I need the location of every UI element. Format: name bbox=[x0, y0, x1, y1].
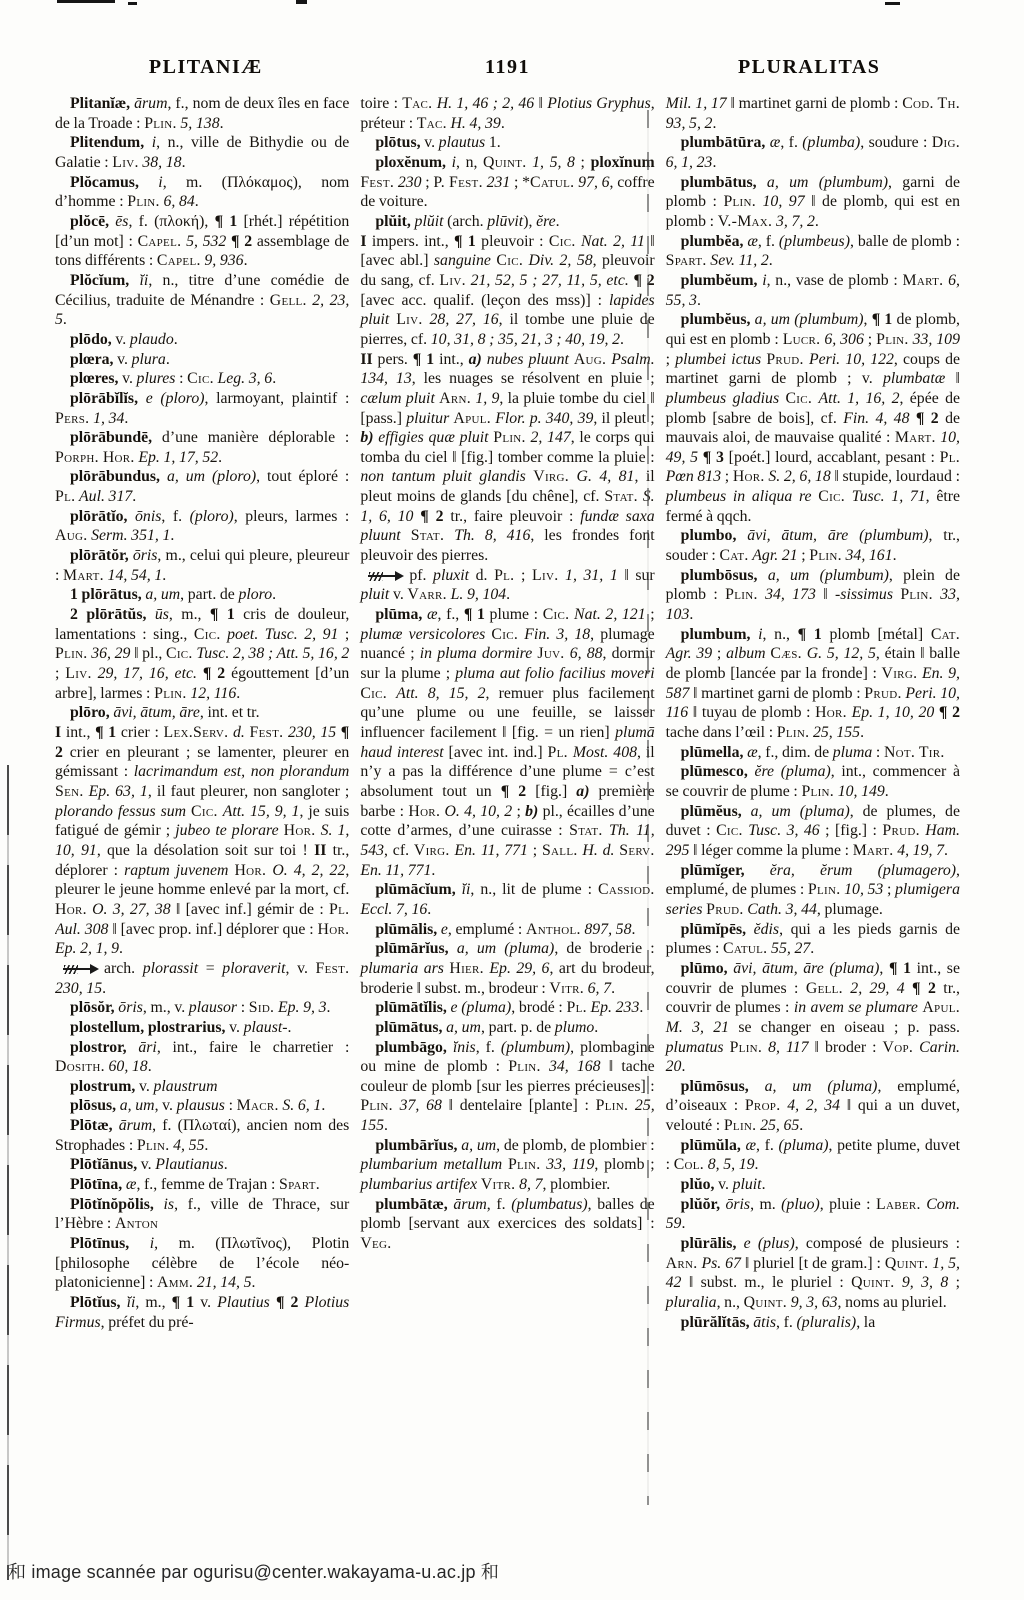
text-run: Plin. bbox=[508, 1058, 541, 1075]
text-run: plumbātæ, bbox=[375, 1196, 447, 1213]
dictionary-entry-paragraph: plūmācĭum, ĭi, n., lit de plume : Cassio… bbox=[360, 880, 654, 919]
text-run: 34, 161 bbox=[846, 547, 893, 564]
dictionary-entry-paragraph: plūmātus, a, um, part. p. de plumo. bbox=[360, 1018, 654, 1038]
text-run: 8, 5, 19 bbox=[708, 1156, 755, 1173]
text-run: 33, 109 bbox=[913, 331, 960, 348]
text-run: Cat. bbox=[719, 547, 748, 564]
text-run: Lucr. bbox=[783, 331, 821, 348]
text-run: ¶ 1 bbox=[95, 724, 116, 741]
text-run: Fin. 3, 18 bbox=[524, 626, 590, 643]
text-run: 12, 116 bbox=[190, 685, 236, 702]
text-run: 55, 27 bbox=[771, 940, 810, 957]
text-run: e bbox=[441, 921, 448, 938]
text-run: 230, 15 bbox=[288, 724, 336, 741]
text-run: plorando fessus sum bbox=[55, 803, 186, 820]
text-run: Dig. bbox=[932, 134, 960, 151]
text-run: H. 1, 46 ; 2, 46 bbox=[437, 95, 534, 112]
text-run: plumbei ictus bbox=[675, 351, 761, 368]
text-run: Quint. bbox=[483, 154, 526, 171]
text-run: ¶ 1 bbox=[889, 960, 911, 977]
text-run: 34, 173 bbox=[765, 586, 816, 603]
dictionary-entry-paragraph: plumbĕus, a, um (plumbum), ¶ 1 de plomb,… bbox=[666, 310, 960, 526]
text-run: Vitr. bbox=[549, 980, 584, 997]
text-run: 25, 155 bbox=[813, 724, 860, 741]
text-run: 4, 2, 34 bbox=[787, 1097, 840, 1114]
text-run: ¶ 1 bbox=[872, 311, 893, 328]
text-run: Gell. bbox=[270, 292, 307, 309]
text-run: pluralia bbox=[666, 1294, 717, 1311]
text-run: Fest. bbox=[316, 960, 350, 977]
text-run: album bbox=[726, 645, 766, 662]
text-run: æ bbox=[745, 1137, 756, 1154]
text-run: Prop. bbox=[745, 1097, 781, 1114]
text-run: Nat. 2, 121 bbox=[574, 606, 646, 623]
text-run: ¶ 1 bbox=[464, 606, 485, 623]
text-run: 6, 88 bbox=[570, 645, 603, 662]
text-run: Hor. bbox=[815, 704, 847, 721]
text-run: pluitur bbox=[406, 410, 449, 427]
text-run: Plōtīna, bbox=[70, 1176, 122, 1193]
text-run: plūmārĭus, bbox=[375, 940, 448, 957]
text-run: Plin. bbox=[809, 547, 842, 564]
dictionary-entry-paragraph: plōsŏr, ōris, m., v. plausor : Sid. Ep. … bbox=[55, 998, 349, 1018]
text-run: in avem se plumare bbox=[794, 999, 918, 1016]
text-run: Cic. bbox=[491, 626, 518, 643]
text-run: plumbĕa, bbox=[681, 233, 744, 250]
text-run: Hor. bbox=[284, 822, 316, 839]
text-run: Gell. bbox=[806, 980, 843, 997]
text-run: plōdo, bbox=[70, 331, 112, 348]
text-run: plostror, bbox=[70, 1039, 127, 1056]
text-run: plura bbox=[132, 351, 166, 368]
text-run: Fest. bbox=[360, 174, 394, 191]
text-run: æ bbox=[747, 233, 758, 250]
text-run: Plin. bbox=[725, 586, 758, 603]
dictionary-entry-paragraph: plœres, v. plures : Cic. Leg. 3, 6. bbox=[55, 369, 349, 389]
text-run: Mart. bbox=[903, 272, 944, 289]
dictionary-entry-paragraph: I int., ¶ 1 crier : Lex.Serv. d. Fest. 2… bbox=[55, 723, 349, 959]
text-run: (ploro) bbox=[190, 508, 234, 525]
text-run: 1, 31, 1 bbox=[565, 567, 618, 584]
text-run: Veg. bbox=[360, 1235, 391, 1252]
text-run: a, um (pluma) bbox=[457, 940, 555, 957]
text-run: Anthol. bbox=[526, 921, 581, 938]
text-run: Plin. bbox=[876, 331, 909, 348]
dictionary-remark: arch. plorassit = ploraverit, v. Fest. 2… bbox=[55, 959, 349, 998]
text-run: O. 4, 10, 2 bbox=[444, 803, 512, 820]
text-run: i bbox=[762, 272, 766, 289]
text-run: b) bbox=[525, 803, 538, 820]
dictionary-entry-paragraph: Plitanĭæ, ārum, f., nom de deux îles en … bbox=[55, 94, 349, 133]
text-run: plōrātŏr, bbox=[70, 547, 129, 564]
text-run: En. 11, 771 bbox=[455, 842, 528, 859]
dictionary-entry-paragraph: plōrābundus, a, um (ploro), tout éploré … bbox=[55, 467, 349, 506]
dictionary-entry-paragraph: plūmĕus, a, um (pluma), de plumes, de du… bbox=[666, 802, 960, 861]
text-run: a, um bbox=[120, 1097, 155, 1114]
text-run: Plōtĭnŏpŏlis, bbox=[70, 1196, 154, 1213]
text-run: (plumba) bbox=[802, 134, 860, 151]
text-run: pluit bbox=[733, 1176, 762, 1193]
text-run: plŭit, bbox=[375, 213, 411, 230]
dictionary-entry-paragraph: plūrālis, e (plus), composé de plusieurs… bbox=[666, 1234, 960, 1313]
dictionary-entry-paragraph: Plŏcĭum, ĭi, n., titre d’une comédie de … bbox=[55, 271, 349, 330]
scan-edge-line bbox=[7, 765, 9, 1580]
text-run: plūmālis, bbox=[375, 921, 437, 938]
text-run: ōris bbox=[118, 999, 143, 1016]
text-run: 21, 52, 5 ; 27, 11, 5, etc. bbox=[471, 272, 629, 289]
text-run: Hor. bbox=[733, 468, 765, 485]
text-run: Stat. bbox=[604, 488, 638, 505]
text-run: 6, 84 bbox=[163, 193, 194, 210]
text-run: plūma, bbox=[375, 606, 422, 623]
text-run: S. 2, 6, 18 bbox=[768, 468, 830, 485]
dictionary-entry-paragraph: plōrātĭo, ōnis, f. (ploro), pleurs, larm… bbox=[55, 507, 349, 546]
text-run: Virg. bbox=[882, 665, 918, 682]
page-number: 1191 bbox=[357, 56, 659, 79]
dictionary-entry-paragraph: plumbāgo, ĭnis, f. (plumbum), plombagine… bbox=[360, 1038, 654, 1136]
text-run: Tusc. 2, 38 ; Att. 5, 16, 2 bbox=[196, 645, 349, 662]
text-run: Plin. bbox=[900, 586, 933, 603]
text-run: 5, 138 bbox=[180, 115, 219, 132]
text-run: plumbātus, bbox=[681, 174, 757, 191]
text-run: ēs bbox=[115, 213, 128, 230]
text-run: Plin. bbox=[493, 429, 526, 446]
text-run: Juv. bbox=[537, 645, 564, 662]
text-run: ¶ 2 bbox=[231, 233, 252, 250]
dictionary-entry-paragraph: plŭit, plŭit (arch. plūvit), ĕre. bbox=[360, 212, 654, 232]
text-run: Sall. bbox=[542, 842, 578, 859]
text-run: Virg. bbox=[414, 842, 450, 859]
text-run: āvi, ātum, āre bbox=[113, 704, 200, 721]
text-run: II bbox=[314, 842, 326, 859]
text-run: Cath. 3, 44 bbox=[747, 901, 817, 918]
text-run: nubes pluunt bbox=[487, 351, 569, 368]
text-run: Pl. bbox=[494, 567, 514, 584]
text-run: Hier. bbox=[449, 960, 484, 977]
text-run: ōnis bbox=[135, 508, 161, 525]
text-run: Vop. bbox=[883, 1039, 914, 1056]
scan-gutter-line bbox=[647, 110, 649, 1505]
text-run: 6, 1, 23 bbox=[666, 154, 713, 171]
text-run: plōrābundus, bbox=[70, 468, 160, 485]
page-header: PLITANIÆ 1191 PLURALITAS bbox=[55, 56, 960, 79]
text-run: Nat. 2, 11 bbox=[581, 233, 645, 250]
text-run: Not. Tir. bbox=[884, 744, 945, 761]
text-run: Dosith. bbox=[55, 1058, 105, 1075]
text-run: Cic. bbox=[194, 626, 221, 643]
text-run: G. 4, 81 bbox=[577, 468, 635, 485]
text-run: ¶ 1 bbox=[454, 233, 476, 250]
text-run: ploro bbox=[238, 586, 272, 603]
text-run: Laber. bbox=[876, 1196, 921, 1213]
text-run: Amm. bbox=[157, 1274, 193, 1291]
text-run: Plōtīnus, bbox=[70, 1235, 129, 1252]
text-run: a, um (plumbum) bbox=[755, 311, 864, 328]
text-run: plūmōsus, bbox=[681, 1078, 749, 1095]
dictionary-entry-paragraph: plūmārĭus, a, um (pluma), de broderie : … bbox=[360, 939, 654, 998]
text-run: O. 3, 27, 38 bbox=[92, 901, 171, 918]
text-run: Serv. bbox=[619, 842, 654, 859]
dictionary-entry-paragraph: plŭo, v. pluit. bbox=[666, 1175, 960, 1195]
text-run: Cic. bbox=[187, 370, 214, 387]
text-run: 37, 68 bbox=[400, 1097, 442, 1114]
text-run: H. 4, 39 bbox=[451, 115, 501, 132]
text-run: L. 9, 104 bbox=[451, 586, 507, 603]
text-run: 1 plōrātus, bbox=[70, 586, 142, 603]
text-run: ĕra, ĕrum (plumagero) bbox=[770, 862, 956, 879]
dictionary-entry-paragraph: 2 plōrātŭs, ūs, m., ¶ 1 cris de douleur,… bbox=[55, 605, 349, 703]
text-run: æ bbox=[770, 134, 781, 151]
text-run: Liv. bbox=[532, 567, 558, 584]
text-run: plumatus bbox=[666, 1039, 724, 1056]
text-run: plūmĭpēs, bbox=[681, 921, 746, 938]
text-run: Plin. bbox=[137, 1137, 170, 1154]
text-run: ĕre bbox=[536, 213, 556, 230]
dictionary-entry-paragraph: plumbĕum, i, n., vase de plomb : Mart. 6… bbox=[666, 271, 960, 310]
dictionary-entry-paragraph: plōsus, a, um, v. plausus : Macr. S. 6, … bbox=[55, 1096, 349, 1116]
text-run: Plin. bbox=[723, 193, 756, 210]
text-run: Sev. 11, 2 bbox=[710, 252, 768, 269]
text-run: Cæs. bbox=[770, 645, 802, 662]
text-run: plaustrum bbox=[154, 1078, 218, 1095]
dictionary-entry-paragraph: Plōtīna, æ, f., femme de Trajan : Spart. bbox=[55, 1175, 349, 1195]
text-run: Lex.Serv. bbox=[164, 724, 229, 741]
text-run: ārum bbox=[119, 1117, 152, 1134]
text-run: is bbox=[164, 1196, 175, 1213]
text-run: plūmĕus, bbox=[681, 803, 742, 820]
text-run: e (plus) bbox=[744, 1235, 795, 1252]
text-run: Arn. bbox=[666, 1255, 698, 1272]
text-run: Plin. bbox=[801, 783, 834, 800]
text-run: Quint. bbox=[885, 1255, 928, 1272]
text-run: 10, 149 bbox=[838, 783, 885, 800]
text-run: e (ploro) bbox=[146, 390, 205, 407]
text-run: Macr. bbox=[237, 1097, 279, 1114]
text-run: i bbox=[158, 174, 162, 191]
text-run: ōris bbox=[133, 547, 158, 564]
text-run: 10, 97 bbox=[763, 193, 805, 210]
text-run: Catul. bbox=[723, 940, 767, 957]
dictionary-entry-paragraph: plūrălĭtās, ātis, f. (pluralis), la bbox=[666, 1313, 960, 1333]
dictionary-entry-paragraph: plumbo, āvi, ātum, āre (plumbum), tr., s… bbox=[666, 526, 960, 565]
text-run: ¶ 2 bbox=[916, 410, 939, 427]
scan-speck bbox=[128, 2, 137, 5]
text-run: plūmātĭlis, bbox=[375, 999, 447, 1016]
text-run: Att. 15, 9, 1 bbox=[223, 803, 300, 820]
dictionary-entry-paragraph: plūmŭla, æ, f. (pluma), petite plume, du… bbox=[666, 1136, 960, 1175]
text-run: i bbox=[152, 134, 156, 151]
text-run: 231 bbox=[487, 174, 511, 191]
dictionary-entry-paragraph: plumbĕa, æ, f. (plumbeus), balle de plom… bbox=[666, 232, 960, 271]
header-right-keyword: PLURALITAS bbox=[658, 56, 960, 79]
text-run: Cic. bbox=[818, 488, 845, 505]
text-run: plōrābĭlĭs, bbox=[70, 390, 138, 407]
text-run: plœra, bbox=[70, 351, 113, 368]
text-run: Plōtæ, bbox=[70, 1117, 113, 1134]
text-run: plœres, bbox=[70, 370, 118, 387]
text-run: plūrālis, bbox=[681, 1235, 737, 1252]
text-run: Cic. bbox=[191, 803, 218, 820]
text-run: plumbĕus, bbox=[681, 311, 751, 328]
dictionary-entry-paragraph: plōrābĭlĭs, e (ploro), larmoyant, plaint… bbox=[55, 389, 349, 428]
remark-arrow-icon bbox=[63, 964, 99, 975]
scan-speck bbox=[296, 0, 307, 4]
text-run: 230 bbox=[398, 174, 422, 191]
text-run: plūrălĭtās, bbox=[681, 1314, 750, 1331]
text-run: ¶ 1 bbox=[215, 213, 238, 230]
text-run: āri bbox=[138, 1039, 156, 1056]
text-run: plures bbox=[137, 370, 176, 387]
column-1: Plitanĭæ, ārum, f., nom de deux îles en … bbox=[55, 94, 349, 1550]
text-run: Sid. bbox=[249, 999, 275, 1016]
text-run: plumbĕum, bbox=[681, 272, 758, 289]
text-run: Plŏcamus, bbox=[70, 174, 139, 191]
text-run: ātis bbox=[753, 1314, 776, 1331]
text-run: 14, 54, 1 bbox=[108, 567, 163, 584]
text-run: Fin. 4, 48 bbox=[843, 410, 909, 427]
text-run: non tantum pluit glandis bbox=[360, 468, 525, 485]
text-run: 97, 6 bbox=[578, 174, 609, 191]
text-run: Hor. bbox=[318, 921, 350, 938]
text-run: Pl. bbox=[548, 744, 568, 761]
text-run: Prud. bbox=[766, 351, 803, 368]
text-run: Cic. bbox=[496, 252, 523, 269]
text-run: a) bbox=[576, 783, 589, 800]
text-run: Plin. bbox=[127, 193, 160, 210]
text-run: ĭi bbox=[140, 272, 149, 289]
text-run: Aul. 308 bbox=[55, 921, 108, 938]
text-run: Plin. bbox=[808, 881, 841, 898]
text-run: Pl. bbox=[55, 488, 75, 505]
dictionary-entry-paragraph: plūmātĭlis, e (pluma), brodé : Pl. Ep. 2… bbox=[360, 998, 654, 1018]
text-run: ūs bbox=[155, 606, 169, 623]
text-run: āvi, ātum, āre (plumbum) bbox=[747, 527, 928, 544]
text-run: ¶ 1 bbox=[798, 626, 822, 643]
dictionary-entry-paragraph: II pers. ¶ 1 int., a) nubes pluunt Aug. … bbox=[360, 350, 654, 566]
text-run: ¶ 2 bbox=[420, 508, 443, 525]
text-run: Varr. bbox=[407, 586, 446, 603]
text-run: pluma bbox=[833, 744, 873, 761]
text-run: 29, 17, 16, etc. bbox=[98, 665, 197, 682]
text-run: Ep. 63, 1 bbox=[89, 783, 148, 800]
text-run: Aul. 317 bbox=[79, 488, 132, 505]
text-run: in pluma dormire bbox=[420, 645, 532, 662]
text-run: Mart. bbox=[63, 567, 104, 584]
text-run: plŏcē, bbox=[70, 213, 109, 230]
text-run: Liv. bbox=[65, 665, 91, 682]
text-run: Spart. bbox=[279, 1176, 320, 1193]
text-run: Ep. 233 bbox=[591, 999, 640, 1016]
text-run: Plin. bbox=[724, 1117, 757, 1134]
dictionary-entry-paragraph: plumbōsus, a, um (plumbum), plein de plo… bbox=[666, 566, 960, 625]
text-run: I bbox=[55, 724, 61, 741]
text-run: Mil. 1, 17 bbox=[666, 95, 727, 112]
dictionary-entry-paragraph: plōrātŏr, ōris, m., celui qui pleure, pl… bbox=[55, 546, 349, 585]
text-columns: Plitanĭæ, ārum, f., nom de deux îles en … bbox=[55, 94, 960, 1550]
text-run: 10, 31, 8 ; 35, 21, 3 ; 40, 19, 2 bbox=[431, 331, 620, 348]
text-run: ārum bbox=[134, 95, 167, 112]
text-run: 2, 147 bbox=[531, 429, 571, 446]
text-run: a, um bbox=[461, 1137, 496, 1154]
text-run: (pluo) bbox=[781, 1196, 820, 1213]
text-run: ¶ 3 bbox=[703, 449, 724, 466]
text-run: æ bbox=[126, 1176, 137, 1193]
text-run: ploxĕnum, bbox=[375, 154, 446, 171]
text-run: Pœn 813 bbox=[666, 468, 721, 485]
text-run: 33, 119 bbox=[546, 1156, 594, 1173]
dictionary-entry-paragraph: I impers. int., ¶ 1 pleuvoir : Cic. Nat.… bbox=[360, 232, 654, 350]
text-run: pluma aut folio facilius moveri bbox=[455, 665, 654, 682]
text-run: 9, 936 bbox=[204, 252, 243, 269]
text-run: (pluralis) bbox=[797, 1314, 857, 1331]
text-run: plumaria ars bbox=[360, 960, 444, 977]
text-run: ĕre (pluma) bbox=[754, 763, 830, 780]
dictionary-entry-paragraph: Plōtĭnŏpŏlis, is, f., ville de Thrace, s… bbox=[55, 1195, 349, 1234]
dictionary-entry-paragraph: Plōtæ, ārum, f. (Πλωταί), ancien nom des… bbox=[55, 1116, 349, 1155]
text-run: Quint. bbox=[744, 1294, 787, 1311]
text-run: 4, 55 bbox=[173, 1137, 204, 1154]
text-run: 60, 18 bbox=[109, 1058, 148, 1075]
header-left-keyword: PLITANIÆ bbox=[55, 56, 357, 79]
text-run: ĭnis bbox=[453, 1039, 476, 1056]
text-run: Serm. 351, 1 bbox=[91, 527, 170, 544]
text-run: Porph. Hor. bbox=[55, 449, 135, 466]
text-run: Anton bbox=[115, 1215, 158, 1232]
text-run: (pluma) bbox=[778, 1137, 828, 1154]
text-run: Quint. bbox=[851, 1274, 894, 1291]
dictionary-entry-paragraph: plūmĭpēs, ĕdis, qui a les pieds garnis d… bbox=[666, 920, 960, 959]
text-run: plumbum, bbox=[681, 626, 751, 643]
text-run: ploxĭnum bbox=[591, 154, 655, 171]
text-run: Pers. bbox=[55, 410, 89, 427]
text-run: plōsŏr, bbox=[70, 999, 115, 1016]
text-run: Cod. Th. bbox=[902, 95, 960, 112]
text-run: Plitendum, bbox=[70, 134, 144, 151]
text-run: i bbox=[452, 154, 456, 171]
text-run: Leg. 3, 6 bbox=[217, 370, 272, 387]
text-run: ¶ 1 bbox=[172, 1294, 195, 1311]
text-run: H. d. bbox=[582, 842, 614, 859]
text-run: Prud. bbox=[882, 822, 919, 839]
text-run: Virg. bbox=[533, 468, 569, 485]
text-run: 4, 19, 7 bbox=[897, 842, 944, 859]
text-run: Cic. bbox=[360, 685, 387, 702]
text-run: a, um (plumbum) bbox=[768, 567, 889, 584]
text-run: plūmo, bbox=[681, 960, 728, 977]
text-run: plumbārĭus, bbox=[375, 1137, 457, 1154]
text-run: Plautius bbox=[217, 1294, 270, 1311]
dictionary-entry-paragraph: plōdo, v. plaudo. bbox=[55, 330, 349, 350]
text-run: Flor. p. 340, 39 bbox=[495, 410, 593, 427]
dictionary-entry-paragraph: plumbātūra, æ, f. (plumba), soudure : Di… bbox=[666, 133, 960, 172]
dictionary-entry-paragraph: plūmōsus, a, um (pluma), emplumé, d’oise… bbox=[666, 1077, 960, 1136]
text-run: 36, 29 bbox=[91, 645, 130, 662]
text-run: Apul. bbox=[922, 999, 960, 1016]
dictionary-entry-paragraph: plostrum, v. plaustrum bbox=[55, 1077, 349, 1097]
text-run: ¶ 2 bbox=[276, 1294, 299, 1311]
text-run: 25, 65 bbox=[760, 1117, 799, 1134]
text-run: plūmātus, bbox=[375, 1019, 442, 1036]
text-run: Prud. bbox=[706, 901, 743, 918]
text-run: plumbarius artifex bbox=[360, 1176, 477, 1193]
text-run: Agr. 39 bbox=[666, 645, 712, 662]
text-run: æ bbox=[747, 744, 758, 761]
text-run: 1, 9 bbox=[475, 390, 499, 407]
text-run: Prud. bbox=[864, 685, 901, 702]
dictionary-entry-paragraph: plūmesco, ĕre (pluma), int., commencer à… bbox=[666, 762, 960, 801]
text-run: plumbatæ bbox=[883, 370, 945, 387]
text-run: Plotius Gryphus bbox=[547, 95, 650, 112]
